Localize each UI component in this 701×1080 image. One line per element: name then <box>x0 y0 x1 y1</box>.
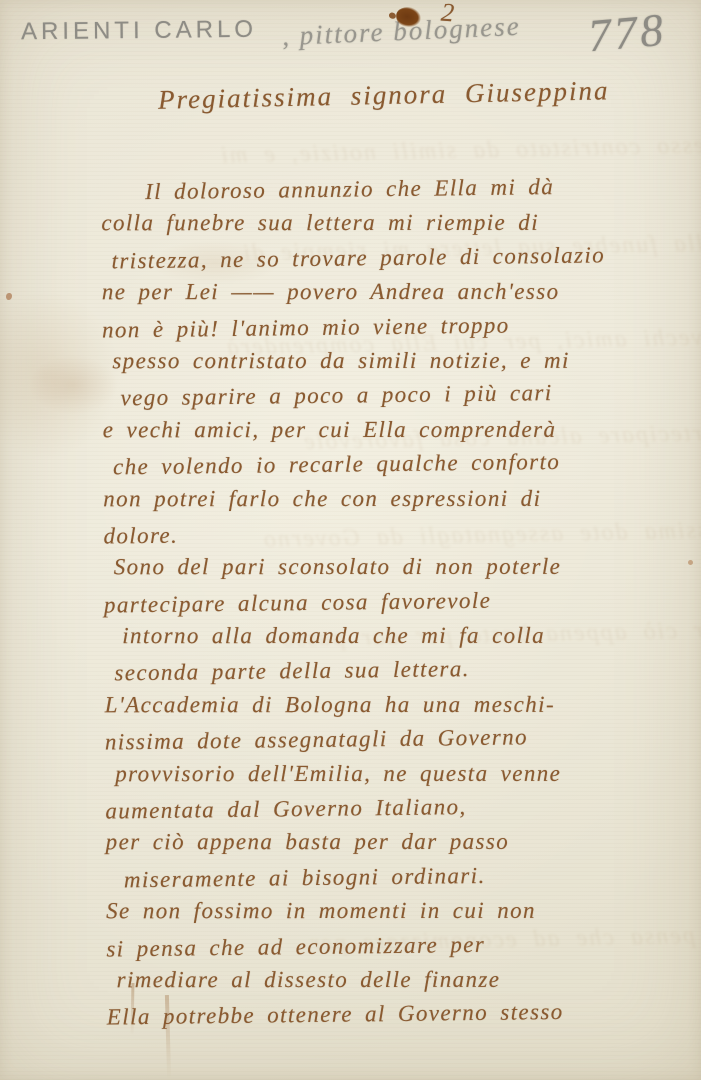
letter-line: partecipare alcuna cosa favorevole <box>104 585 679 626</box>
letter-line: e vechi amici, per cui Ella comprenderà <box>103 416 678 451</box>
letter-line: Il doloroso annunzio che Ella mi dà <box>145 173 676 214</box>
paper-speck <box>688 560 693 565</box>
letter-line: vego sparire a poco a poco i più cari <box>120 379 677 420</box>
letter-line: dolore. <box>103 516 678 557</box>
letter-line: spesso contristato da simili notizie, e … <box>112 348 677 383</box>
letter-line: rimediare al dissesto delle finanze <box>117 967 682 1002</box>
page-number: 2 <box>440 0 455 28</box>
letter-line: seconda parte della sua lettera. <box>114 654 679 695</box>
letter-line: nissima dote assegnatagli da Governo <box>105 723 680 764</box>
letter-line: per ciò appena basta per dar passo <box>106 829 681 864</box>
letter-line: Ella potrebbe ottenere al Governo stesso <box>107 998 682 1039</box>
ghost-line: spesso contristato da simili notizie, e … <box>0 132 701 175</box>
letter-line: Sono del pari sconsolato di non poterle <box>114 554 679 589</box>
letter-line: si pensa che ad economizzare per <box>106 929 681 970</box>
letter-body: Il doloroso annunzio che Ella mi dà coll… <box>101 174 682 1038</box>
pencil-author-name: ARIENTI CARLO <box>21 16 257 46</box>
letter-line: non è più! l'animo mio viene troppo <box>102 310 677 351</box>
archive-number: 778 <box>586 3 668 63</box>
letter-line: ne per Lei —— povero Andrea anch'esso <box>102 279 677 314</box>
manuscript-page: spesso contristato da simili notizie, e … <box>0 0 701 1080</box>
letter-line: Se non fossimo in momenti in cui non <box>106 898 681 933</box>
letter-line: provvisorio dell'Emilia, ne questa venne <box>115 760 680 795</box>
letter-line: L'Accademia di Bologna ha una meschi- <box>105 692 680 727</box>
salutation: Pregiatissima signora Giuseppina <box>158 75 610 115</box>
letter-line: che volendo io recarle qualche conforto <box>113 448 678 489</box>
letter-line: aumentata dal Governo Italiano, <box>105 792 680 833</box>
letter-line: tristezza, ne so trovare parole di conso… <box>111 241 676 282</box>
letter-line: non potrei farlo che con espressioni di <box>103 485 678 520</box>
letter-line: colla funebre sua lettera mi riempie di <box>101 210 676 245</box>
letter-line: miseramente ai bisogni ordinari. <box>124 860 681 901</box>
paper-speck <box>6 293 12 300</box>
letter-line: intorno alla domanda che mi fa colla <box>122 623 679 658</box>
